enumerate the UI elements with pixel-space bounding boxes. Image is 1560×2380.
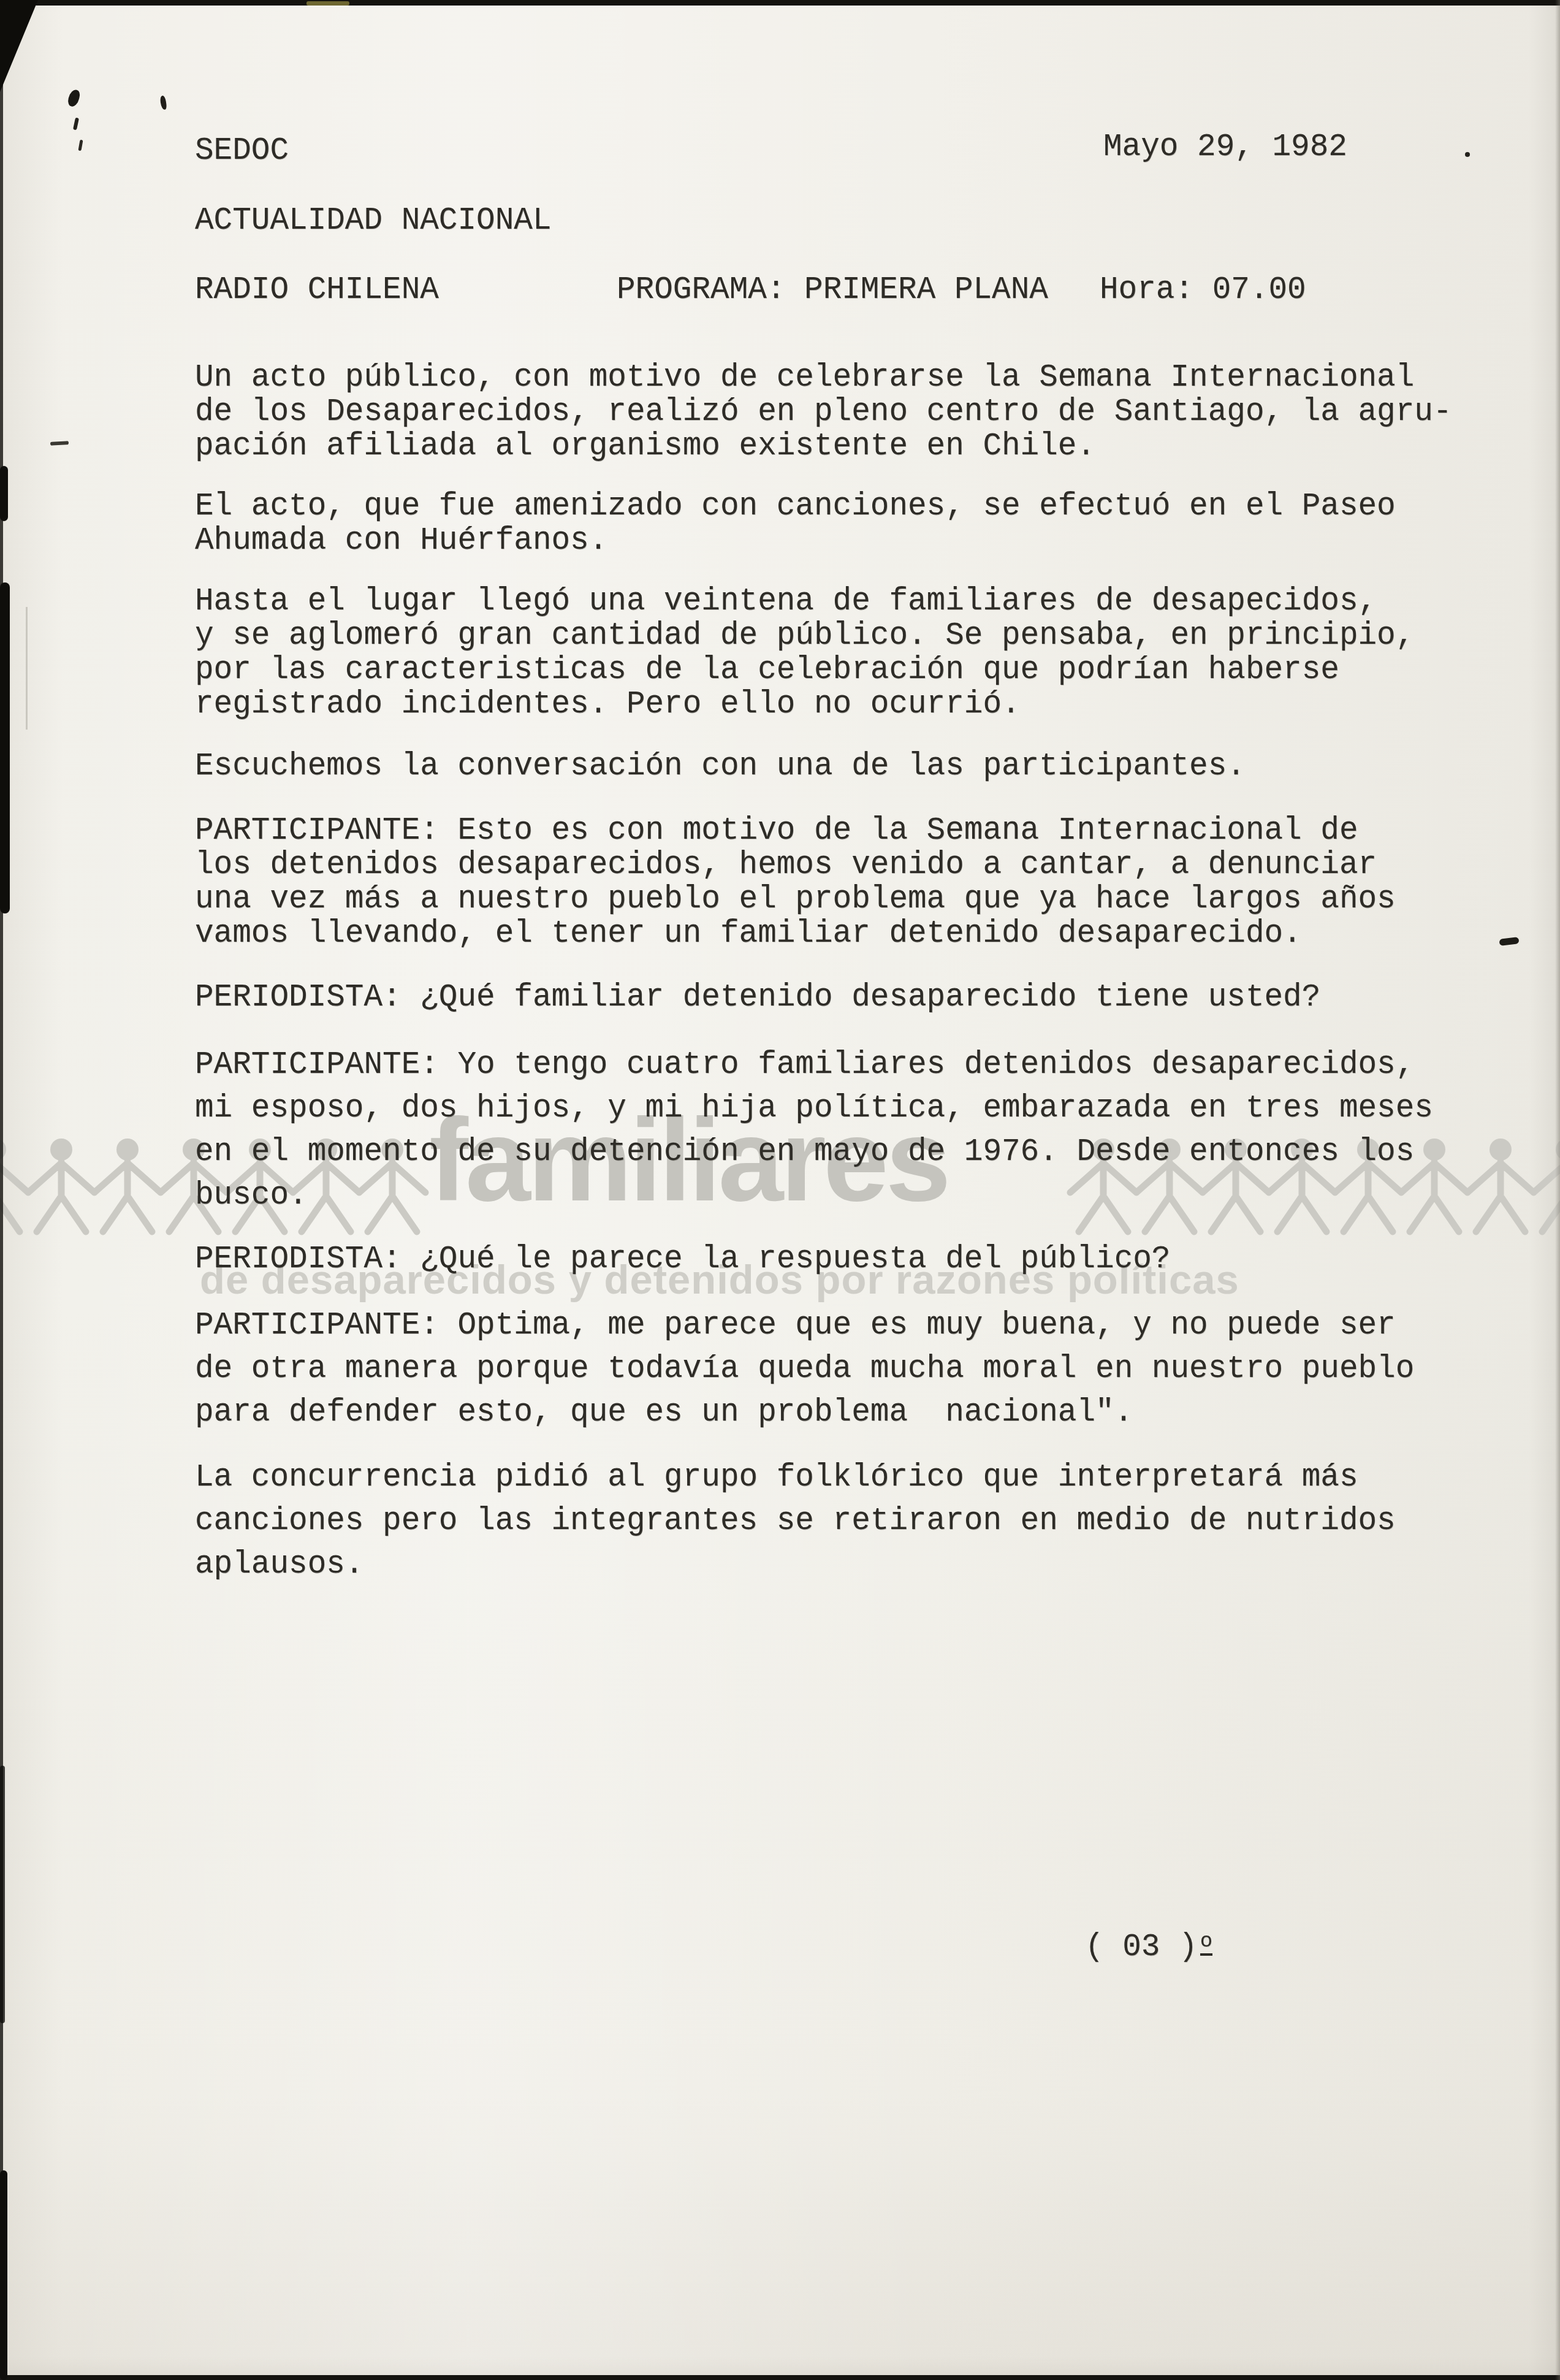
paragraph-closing: La concurrencia pidió al grupo folklóric… <box>195 1456 1396 1587</box>
paragraph-lead-in: Escuchemos la conversación con una de la… <box>195 750 1246 784</box>
ink-mark-apostrophe <box>159 95 167 110</box>
periodista-question-1: PERIODISTA: ¿Qué familiar detenido desap… <box>195 981 1320 1015</box>
paragraph-intro: Un acto público, con motivo de celebrars… <box>195 361 1452 464</box>
scan-edge-left <box>0 0 3 2380</box>
scanned-document-page: familiares de desaparecidos y detenidos … <box>0 0 1560 2380</box>
paper-crease <box>26 607 28 730</box>
periodista-question-2: PERIODISTA: ¿Qué le parece la respuesta … <box>195 1243 1170 1277</box>
scan-blotch-left-1 <box>0 466 8 521</box>
paragraph-event-location: El acto, que fue amenizado con canciones… <box>195 490 1396 559</box>
paragraph-crowd: Hasta el lugar llegó una veintena de fam… <box>195 585 1414 722</box>
participante-statement-2: PARTICIPANTE: Yo tengo cuatro familiares… <box>195 1043 1433 1218</box>
pencil-dash-right <box>1499 937 1519 946</box>
ink-mark-dash-2 <box>78 140 83 151</box>
participante-statement-3: PARTICIPANTE: Optima, me parece que es m… <box>195 1304 1414 1435</box>
ink-speck-near-date <box>1465 152 1470 157</box>
page-number: ( 03 )o <box>1085 1931 1212 1965</box>
program-name: PROGRAMA: PRIMERA PLANA <box>617 273 1048 308</box>
participante-statement-1: PARTICIPANTE: Esto es con motivo de la S… <box>195 814 1396 952</box>
page-number-value: ( 03 ) <box>1085 1930 1198 1965</box>
page-number-ordinal: o <box>1200 1931 1212 1956</box>
scan-edge-bottom <box>0 2375 1560 2380</box>
scan-blotch-left-3 <box>0 1766 5 2023</box>
scan-blotch-left-2 <box>0 582 10 913</box>
org-title: SEDOC <box>195 134 289 169</box>
pencil-dash-left <box>50 441 69 446</box>
scan-edge-top <box>0 0 1560 6</box>
broadcast-time: Hora: 07.00 <box>1100 273 1306 308</box>
section-title: ACTUALIDAD NACIONAL <box>195 204 552 238</box>
ink-mark-dash-1 <box>73 118 79 131</box>
scan-edge-stain <box>306 1 349 6</box>
ink-mark-comma <box>67 88 81 107</box>
scan-edge-right <box>1555 0 1560 2380</box>
scan-blotch-left-4 <box>0 2170 7 2380</box>
document-date: Mayo 29, 1982 <box>1103 131 1347 165</box>
scan-corner-top-left <box>0 0 38 92</box>
radio-station: RADIO CHILENA <box>195 273 439 308</box>
